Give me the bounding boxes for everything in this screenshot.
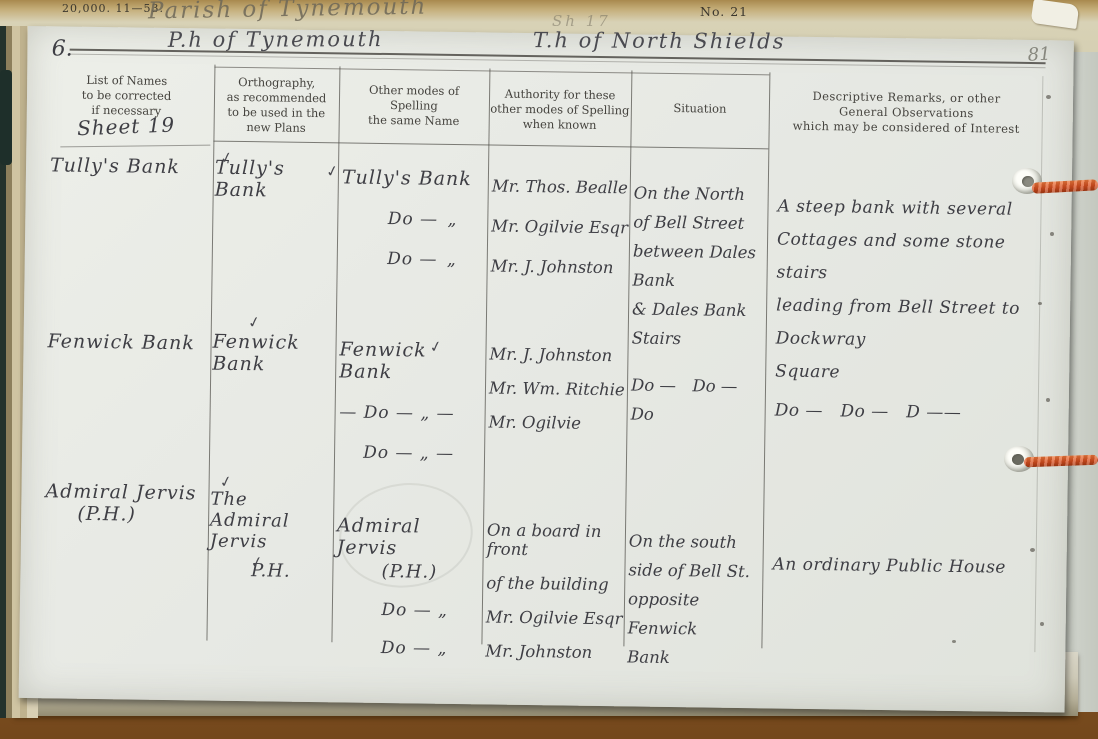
check-mark-icon: ✓ xyxy=(218,472,234,492)
table-row-admiral-jervis: Admiral Jervis(P.H.) The Admiral JervisP… xyxy=(31,474,1039,683)
paper-speck xyxy=(1030,548,1035,552)
township-heading: T.h of North Shields xyxy=(533,28,786,53)
entry-other-modes: Admiral Jervis(P.H.)Do — „Do — „ xyxy=(331,478,484,675)
column-header-remarks: Descriptive Remarks, or otherGeneral Obs… xyxy=(768,74,1044,152)
name-book-table: List of Namesto be correctedif necessary… xyxy=(31,46,1049,666)
entry-other-modes: Fenwick Bank— Do — „ —Do — „ — xyxy=(334,322,486,464)
entry-remarks: Do — Do — D —— xyxy=(764,328,1041,472)
punch-hole-center xyxy=(1012,454,1024,465)
back-sheet-title: Parish of Tynemouth xyxy=(148,0,428,24)
entry-situation: Do — Do — Do xyxy=(626,326,766,468)
entry-orthography: Fenwick Bank xyxy=(209,321,336,463)
paper-speck xyxy=(952,640,956,643)
entry-orthography: The Admiral JervisP.H. xyxy=(206,477,334,674)
back-sheet-fragment: Sh 17 xyxy=(552,12,611,30)
sheet-annotation-underline xyxy=(60,145,210,148)
book-cover-edge xyxy=(0,70,12,165)
column-header-authority: Authority for theseother modes of Spelli… xyxy=(488,70,631,146)
column-header-situation: Situation xyxy=(630,72,769,148)
paper-speck xyxy=(1046,95,1051,99)
paper-speck xyxy=(1046,398,1050,402)
paper-speck xyxy=(1040,622,1044,626)
sheet-annotation: Sheet 19 xyxy=(38,116,213,138)
paper-speck xyxy=(1038,302,1042,305)
entry-authority: Mr. J. JohnstonMr. Wm. RitchieMr. Ogilvi… xyxy=(484,324,628,466)
table-row-fenwick-bank: Fenwick Bank Fenwick Bank Fenwick Bank— … xyxy=(34,318,1041,472)
entry-situation: On the southside of Bell St.opposite Fen… xyxy=(623,482,764,679)
entry-name: Fenwick Bank xyxy=(34,318,211,460)
column-header-orthography: Orthography,as recommendedto be used in … xyxy=(213,67,339,143)
column-header-names: List of Namesto be correctedif necessary… xyxy=(38,64,214,140)
name-book-page: P.h of Tynemouth T.h of North Shields 6.… xyxy=(19,26,1074,713)
table-header: List of Namesto be correctedif necessary… xyxy=(38,64,1044,152)
entry-name: Admiral Jervis(P.H.) xyxy=(31,474,209,671)
entry-authority: On a board in frontof the buildingMr. Og… xyxy=(481,480,626,677)
check-mark-icon: ✓ xyxy=(219,148,235,168)
column-header-other-modes: Other modes ofSpellingthe same Name xyxy=(338,68,489,144)
entry-remarks: An ordinary Public House xyxy=(761,484,1039,683)
form-number: No. 21 xyxy=(700,4,748,19)
paper-speck xyxy=(1050,232,1054,236)
